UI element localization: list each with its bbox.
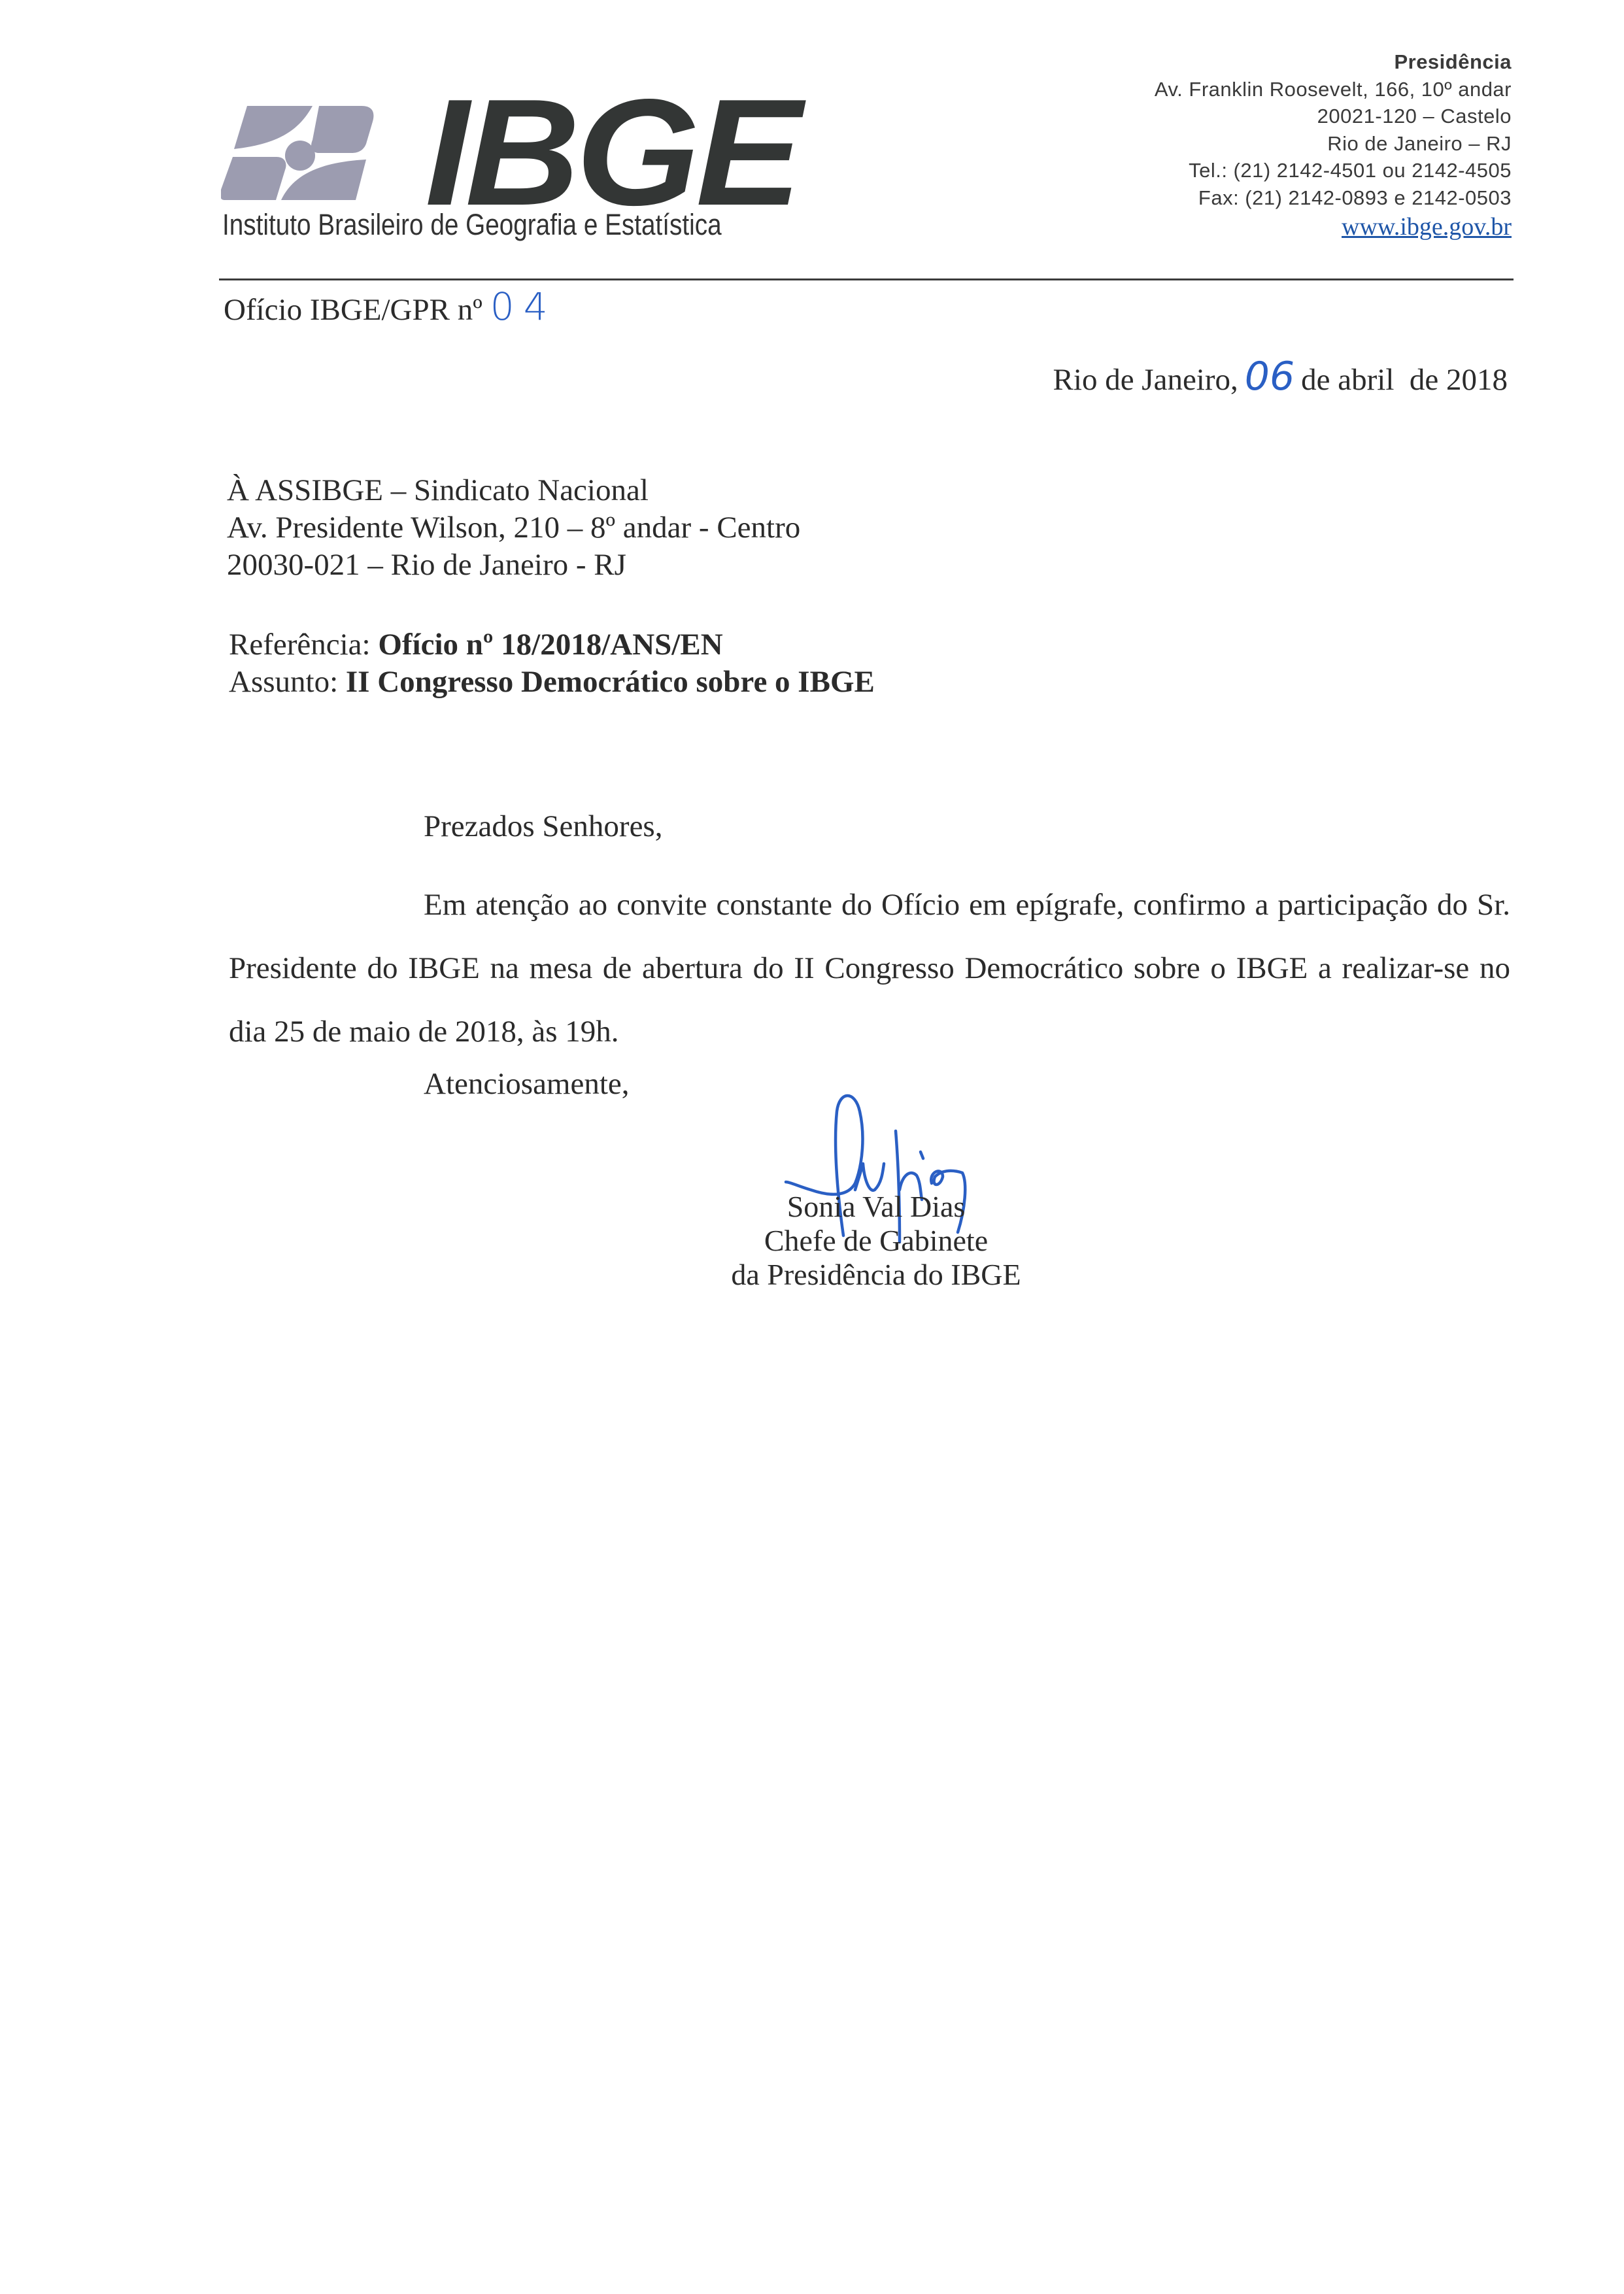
recipient-address: À ASSIBGE – Sindicato Nacional Av. Presi… bbox=[227, 472, 800, 584]
contact-block: Presidência Av. Franklin Roosevelt, 166,… bbox=[1155, 48, 1512, 243]
reference-block: Referência: Ofício nº 18/2018/ANS/EN Ass… bbox=[229, 626, 875, 701]
ibge-logo-mark-icon bbox=[221, 103, 417, 203]
signer-name: Sonia Val Dias bbox=[680, 1190, 1072, 1224]
contact-phone: Tel.: (21) 2142-4501 ou 2142-4505 bbox=[1155, 157, 1512, 184]
letter-date: Rio de Janeiro,06de abril de 2018 bbox=[1053, 353, 1508, 400]
reference-line: Referência: Ofício nº 18/2018/ANS/EN bbox=[229, 626, 875, 664]
institution-tagline: Instituto Brasileiro de Geografia e Esta… bbox=[222, 208, 722, 242]
recipient-line-3: 20030-021 – Rio de Janeiro - RJ bbox=[227, 547, 800, 584]
signer-department: da Presidência do IBGE bbox=[680, 1258, 1072, 1292]
body-text: Em atenção ao convite constante do Ofíci… bbox=[229, 888, 1510, 1049]
date-prefix: Rio de Janeiro, bbox=[1053, 363, 1238, 397]
contact-address-line-3: Rio de Janeiro – RJ bbox=[1155, 130, 1512, 158]
ibge-wordmark: IBGE bbox=[425, 77, 798, 229]
oficio-handwritten-number: 04 bbox=[490, 284, 557, 329]
website-link[interactable]: www.ibge.gov.br bbox=[1155, 211, 1512, 243]
recipient-line-2: Av. Presidente Wilson, 210 – 8º andar - … bbox=[227, 509, 800, 547]
date-suffix: de abril de 2018 bbox=[1301, 363, 1508, 397]
oficio-label: Ofício IBGE/GPR nº bbox=[224, 293, 482, 327]
contact-address-line-1: Av. Franklin Roosevelt, 166, 10º andar bbox=[1155, 76, 1512, 103]
date-handwritten-day: 06 bbox=[1245, 354, 1294, 399]
contact-title: Presidência bbox=[1155, 48, 1512, 76]
signature-block: Sonia Val Dias Chefe de Gabinete da Pres… bbox=[680, 1190, 1072, 1292]
reference-label: Referência: bbox=[229, 628, 371, 662]
recipient-line-1: À ASSIBGE – Sindicato Nacional bbox=[227, 472, 800, 509]
subject-value: II Congresso Democrático sobre o IBGE bbox=[346, 665, 875, 699]
body-paragraph: Em atenção ao convite constante do Ofíci… bbox=[229, 873, 1510, 1064]
closing: Atenciosamente, bbox=[424, 1066, 630, 1102]
oficio-number: Ofício IBGE/GPR nº04 bbox=[224, 284, 557, 330]
subject-line: Assunto: II Congresso Democrático sobre … bbox=[229, 664, 875, 701]
signer-title: Chefe de Gabinete bbox=[680, 1224, 1072, 1258]
greeting: Prezados Senhores, bbox=[424, 808, 662, 845]
reference-value: Ofício nº 18/2018/ANS/EN bbox=[378, 628, 722, 662]
subject-label: Assunto: bbox=[229, 665, 338, 699]
contact-address-line-2: 20021-120 – Castelo bbox=[1155, 103, 1512, 130]
contact-fax: Fax: (21) 2142-0893 e 2142-0503 bbox=[1155, 184, 1512, 212]
header-divider bbox=[219, 278, 1514, 280]
